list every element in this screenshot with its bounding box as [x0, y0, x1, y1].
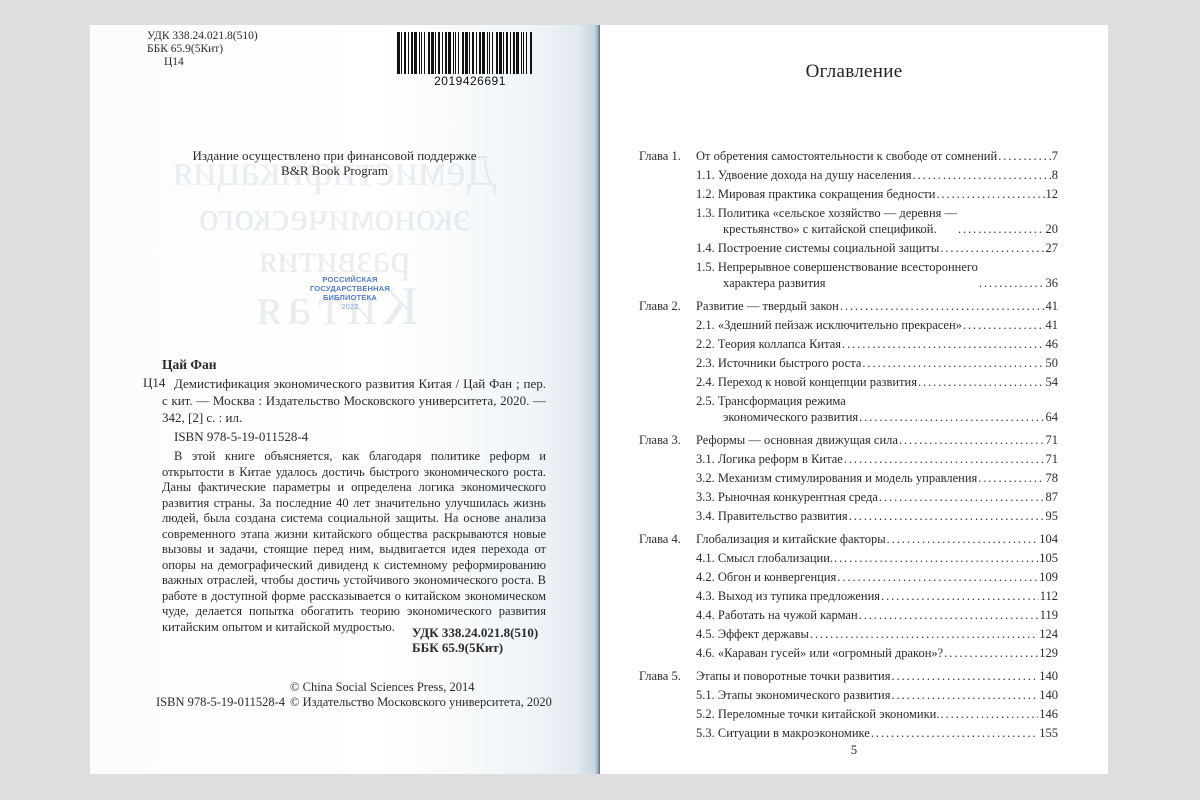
stamp-line-3: БИБЛИОТЕКА	[300, 293, 400, 302]
leader-dots	[891, 668, 1038, 684]
section-page: 41	[1046, 317, 1059, 333]
section-page: 87	[1046, 489, 1059, 505]
leader-dots	[998, 148, 1051, 164]
leader-dots	[879, 489, 1045, 505]
right-page: Оглавление Глава 1.От обретения самостоя…	[600, 25, 1108, 774]
barcode: 2019426691	[395, 32, 545, 87]
toc-section-entry[interactable]: 1.2. Мировая практика сокращения бедност…	[639, 186, 1058, 202]
leader-dots	[940, 240, 1044, 256]
section-label: 4.1. Смысл глобализации.	[696, 550, 833, 566]
chapter-label: Глава 1.От обретения самостоятельности к…	[639, 148, 997, 164]
bibliographic-description: Демистификация экономического развития К…	[162, 375, 546, 426]
toc-section-entry[interactable]: 2.4. Переход к новой концепции развития5…	[639, 374, 1058, 390]
section-page: 71	[1046, 451, 1059, 467]
copyright-isbn: ISBN 978-5-19-011528-4	[156, 695, 290, 710]
toc-title: Оглавление	[600, 61, 1108, 83]
stamp-year: 2022	[300, 302, 400, 311]
chapter-page: 104	[1039, 531, 1058, 547]
toc-chapter: Глава 4.Глобализация и китайские факторы…	[639, 531, 1058, 661]
bbk-code: ББК 65.9(5Кит)	[147, 43, 258, 56]
toc-section-entry[interactable]: 1.5. Непрерывное совершенствование всест…	[639, 259, 1058, 291]
leader-dots	[944, 645, 1038, 661]
section-label: 1.4. Построение системы социальной защит…	[696, 240, 939, 256]
leader-dots	[899, 432, 1045, 448]
toc-section-entry[interactable]: 2.3. Источники быстрого роста50	[639, 355, 1058, 371]
leader-dots	[913, 167, 1051, 183]
book-spread: Демистификация экономического развития К…	[90, 25, 1108, 774]
chapter-label: Глава 3.Реформы — основная движущая сила	[639, 432, 898, 448]
section-label: 4.2. Обгон и конвергенция	[696, 569, 836, 585]
section-label: 2.4. Переход к новой концепции развития	[696, 374, 917, 390]
toc-section-entry[interactable]: 2.2. Теория коллапса Китая46	[639, 336, 1058, 352]
leader-dots	[978, 470, 1044, 486]
toc-chapter: Глава 5.Этапы и поворотные точки развити…	[639, 668, 1058, 741]
udk-code: УДК 338.24.021.8(510)	[147, 30, 258, 43]
section-page: 20	[1046, 221, 1059, 237]
section-page: 50	[1046, 355, 1059, 371]
toc-section-entry[interactable]: 1.4. Построение системы социальной защит…	[639, 240, 1058, 256]
leader-dots	[834, 550, 1038, 566]
toc-section-entry[interactable]: 1.1. Удвоение дохода на душу населения8	[639, 167, 1058, 183]
chapter-label: Глава 4.Глобализация и китайские факторы	[639, 531, 886, 547]
section-label: 1.1. Удвоение дохода на душу населения	[696, 167, 912, 183]
leader-dots	[892, 687, 1039, 703]
author-name: Цай Фан	[162, 357, 217, 373]
section-page: 105	[1039, 550, 1058, 566]
leader-dots	[849, 508, 1045, 524]
toc-chapter-entry[interactable]: Глава 3.Реформы — основная движущая сила…	[639, 432, 1058, 448]
toc-section-entry[interactable]: 3.2. Механизм стимулирования и модель уп…	[639, 470, 1058, 486]
section-page: 129	[1039, 645, 1058, 661]
toc-section-entry[interactable]: 2.1. «Здешний пейзаж исключительно прекр…	[639, 317, 1058, 333]
chapter-label: Глава 5.Этапы и поворотные точки развити…	[639, 668, 890, 684]
toc-section-entry[interactable]: 3.3. Рыночная конкурентная среда87	[639, 489, 1058, 505]
section-page: 109	[1039, 569, 1058, 585]
author-mark: Ц14	[147, 56, 258, 69]
toc-section-entry[interactable]: 5.2. Переломные точки китайской экономик…	[639, 706, 1058, 722]
toc-section-entry[interactable]: 5.1. Этапы экономического развития140	[639, 687, 1058, 703]
section-label: 4.3. Выход из тупика предложения	[696, 588, 880, 604]
udk-bold: УДК 338.24.021.8(510)	[412, 625, 538, 640]
toc-section-entry[interactable]: 2.5. Трансформация режимаэкономического …	[639, 393, 1058, 425]
sponsor-line-1: Издание осуществлено при финансовой подд…	[90, 148, 579, 163]
leader-dots	[837, 569, 1038, 585]
section-page: 46	[1046, 336, 1059, 352]
toc-section-entry[interactable]: 3.1. Логика реформ в Китае71	[639, 451, 1058, 467]
section-page: 54	[1046, 374, 1059, 390]
chapter-label: Глава 2.Развитие — твердый закон	[639, 298, 839, 314]
leader-dots	[881, 588, 1039, 604]
section-label: 3.2. Механизм стимулирования и модель уп…	[696, 470, 977, 486]
section-page: 124	[1039, 626, 1058, 642]
leader-dots	[963, 317, 1045, 333]
toc-section-entry[interactable]: 4.2. Обгон и конвергенция109	[639, 569, 1058, 585]
chapter-page: 71	[1046, 432, 1059, 448]
leader-dots	[871, 725, 1038, 741]
section-page: 12	[1046, 186, 1059, 202]
udk-bbk-block: УДК 338.24.021.8(510) ББК 65.9(5Кит)	[412, 625, 538, 655]
section-page: 146	[1039, 706, 1058, 722]
copyright-block: © China Social Sciences Press, 2014 ISBN…	[156, 680, 576, 710]
leader-dots	[842, 336, 1044, 352]
leader-dots	[840, 298, 1045, 314]
bbk-bold: ББК 65.9(5Кит)	[412, 640, 538, 655]
section-page: 78	[1046, 470, 1059, 486]
sponsor-note: Издание осуществлено при финансовой подд…	[90, 148, 579, 178]
section-label: 3.1. Логика реформ в Китае	[696, 451, 843, 467]
leader-dots	[936, 186, 1044, 202]
section-label: 4.6. «Караван гусей» или «огромный драко…	[696, 645, 943, 661]
leader-dots	[940, 706, 1038, 722]
toc-section-entry[interactable]: 3.4. Правительство развития95	[639, 508, 1058, 524]
section-page: 36	[1046, 275, 1059, 291]
table-of-contents: Глава 1.От обретения самостоятельности к…	[639, 148, 1058, 748]
section-label: 3.3. Рыночная конкурентная среда	[696, 489, 878, 505]
section-label: 1.5. Непрерывное совершенствование всест…	[696, 259, 978, 291]
isbn: ISBN 978-5-19-011528-4	[174, 429, 308, 445]
toc-chapter-entry[interactable]: Глава 2.Развитие — твердый закон41	[639, 298, 1058, 314]
chapter-page: 140	[1039, 668, 1058, 684]
page-number: 5	[600, 743, 1108, 758]
left-page: Демистификация экономического развития К…	[90, 25, 579, 774]
book-gutter	[575, 25, 600, 774]
toc-section-entry[interactable]: 1.3. Политика «сельское хозяйство — дере…	[639, 205, 1058, 237]
section-page: 140	[1039, 687, 1058, 703]
toc-section-entry[interactable]: 5.3. Ситуации в макроэкономике155	[639, 725, 1058, 741]
section-label: 5.1. Этапы экономического развития	[696, 687, 891, 703]
section-page: 95	[1046, 508, 1059, 524]
section-label: 5.2. Переломные точки китайской экономик…	[696, 706, 939, 722]
leader-dots	[810, 626, 1038, 642]
barcode-number: 2019426691	[395, 74, 545, 88]
toc-chapter: Глава 3.Реформы — основная движущая сила…	[639, 432, 1058, 524]
section-label: 3.4. Правительство развития	[696, 508, 848, 524]
abstract: В этой книге объясняется, как благодаря …	[162, 449, 546, 635]
leader-dots	[887, 531, 1039, 547]
section-label: 1.2. Мировая практика сокращения бедност…	[696, 186, 935, 202]
toc-section-entry[interactable]: 4.3. Выход из тупика предложения112	[639, 588, 1058, 604]
section-label: 2.2. Теория коллапса Китая	[696, 336, 841, 352]
section-page: 112	[1040, 588, 1058, 604]
section-label: 2.5. Трансформация режимаэкономического …	[696, 393, 858, 425]
toc-section-entry[interactable]: 4.1. Смысл глобализации.105	[639, 550, 1058, 566]
leader-dots	[859, 409, 1044, 425]
toc-section-entry[interactable]: 4.6. «Караван гусей» или «огромный драко…	[639, 645, 1058, 661]
leader-dots	[844, 451, 1045, 467]
leader-dots	[958, 221, 1044, 237]
toc-chapter-entry[interactable]: Глава 1.От обретения самостоятельности к…	[639, 148, 1058, 164]
section-page: 119	[1040, 607, 1058, 623]
toc-section-entry[interactable]: 4.5. Эффект державы124	[639, 626, 1058, 642]
section-page: 64	[1046, 409, 1059, 425]
chapter-page: 41	[1046, 298, 1059, 314]
stamp-line-1: РОССИЙСКАЯ	[300, 275, 400, 284]
leader-dots	[859, 607, 1039, 623]
toc-section-entry[interactable]: 4.4. Работать на чужой карман119	[639, 607, 1058, 623]
leader-dots	[862, 355, 1044, 371]
section-page: 27	[1046, 240, 1059, 256]
section-page: 8	[1052, 167, 1058, 183]
library-stamp: РОССИЙСКАЯ ГОСУДАРСТВЕННАЯ БИБЛИОТЕКА 20…	[300, 275, 400, 311]
section-label: 4.4. Работать на чужой карман	[696, 607, 858, 623]
section-label: 2.1. «Здешний пейзаж исключительно прекр…	[696, 317, 962, 333]
copyright-line-2: © Издательство Московского университета,…	[290, 695, 552, 710]
stamp-line-2: ГОСУДАРСТВЕННАЯ	[300, 284, 400, 293]
toc-chapter-entry[interactable]: Глава 5.Этапы и поворотные точки развити…	[639, 668, 1058, 684]
leader-dots	[979, 275, 1045, 291]
section-label: 1.3. Политика «сельское хозяйство — дере…	[696, 205, 957, 237]
toc-chapter: Глава 2.Развитие — твердый закон412.1. «…	[639, 298, 1058, 425]
toc-chapter: Глава 1.От обретения самостоятельности к…	[639, 148, 1058, 291]
section-label: 5.3. Ситуации в макроэкономике	[696, 725, 870, 741]
classification-codes: УДК 338.24.021.8(510) ББК 65.9(5Кит) Ц14	[147, 30, 258, 69]
ghost-title-line-2: экономического	[90, 193, 579, 240]
section-label: 2.3. Источники быстрого роста	[696, 355, 861, 371]
sponsor-line-2: B&R Book Program	[90, 163, 579, 178]
copyright-line-1: © China Social Sciences Press, 2014	[290, 680, 474, 695]
toc-chapter-entry[interactable]: Глава 4.Глобализация и китайские факторы…	[639, 531, 1058, 547]
section-page: 155	[1039, 725, 1058, 741]
barcode-bars	[395, 32, 545, 74]
leader-dots	[918, 374, 1045, 390]
section-label: 4.5. Эффект державы	[696, 626, 809, 642]
chapter-page: 7	[1052, 148, 1058, 164]
